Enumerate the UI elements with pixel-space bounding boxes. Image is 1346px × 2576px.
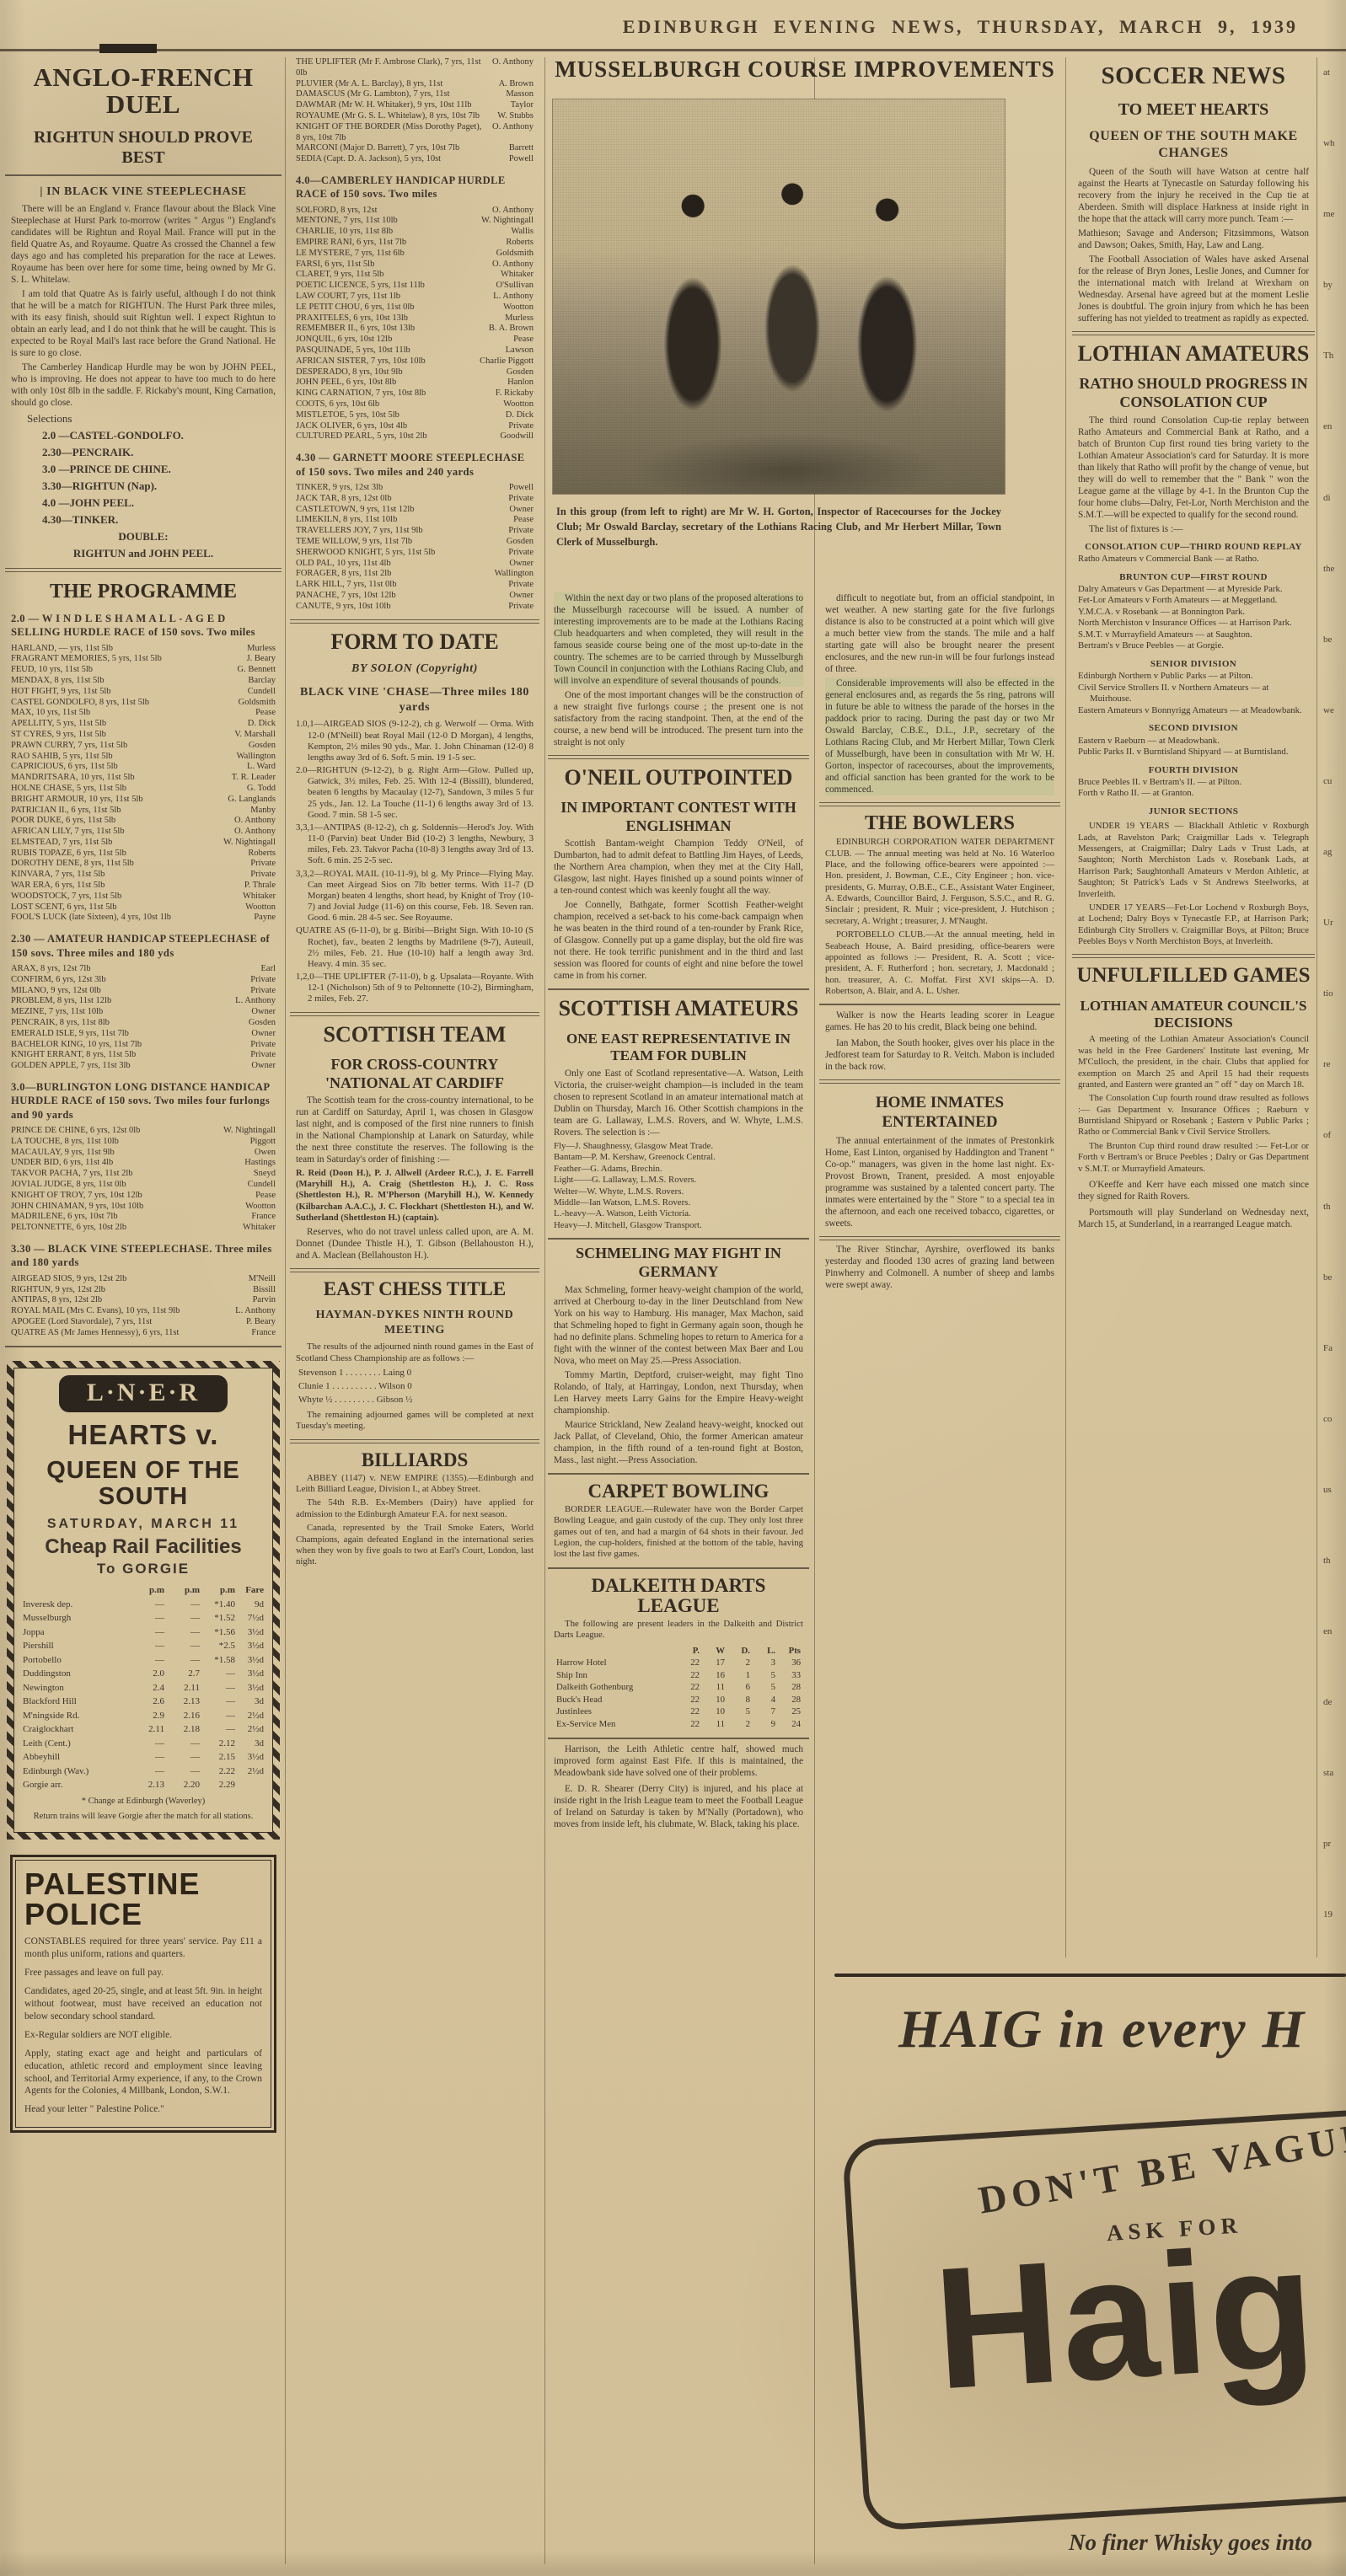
trainer-name: Masson <box>499 89 534 100</box>
race-entry: TRAVELLERS JOY, 7 yrs, 11st 9lbPrivate <box>296 526 534 537</box>
trainer-name: Piggott <box>244 1137 276 1148</box>
fixture-lines: Bruce Peebles II. v Bertram's II. — at P… <box>1072 777 1315 800</box>
race-entry: JOHN CHINAMAN, 9 yrs, 10st 10lbWootton <box>11 1202 276 1213</box>
selection-item: 4.30—TINKER. <box>42 511 282 528</box>
divider <box>290 1439 539 1443</box>
race-entry: LE MYSTERE, 7 yrs, 11st 6lbGoldsmith <box>296 249 534 260</box>
race-entries-20: HARLAND, — yrs, 11st 5lbMurlessFRAGRANT … <box>11 644 276 924</box>
xcountry-subhead: FOR CROSS-COUNTRY 'NATIONAL AT CARDIFF <box>295 1056 534 1092</box>
trainer-name: L. Anthony <box>228 996 276 1007</box>
horse-name: TINKER, 9 yrs, 12st 3lb <box>296 483 502 494</box>
race-entry: JOHN PEEL, 6 yrs, 10st 8lbHanlon <box>296 378 534 388</box>
darts-drawn: 6 <box>725 1681 750 1694</box>
fixture-line: Y.M.C.A. v Rosebank — at Bonnington Park… <box>1078 607 1309 618</box>
darts-club: Dalkeith Gothenburg <box>556 1681 674 1694</box>
time-2: — <box>164 1653 200 1668</box>
column-2: THE UPLIFTER (Mr F. Ambrose Clark), 7 yr… <box>290 57 539 2568</box>
home-inmates-paragraph: The annual entertainment of the inmates … <box>825 1135 1054 1229</box>
race-entry: KNIGHT OF THE BORDER (Miss Dorothy Paget… <box>296 122 534 144</box>
horse-name: ST CYRES, 9 yrs, 11st 5lb <box>11 730 228 741</box>
time-1: 2.0 <box>129 1667 164 1681</box>
race-entry: MENDAX, 8 yrs, 11st 5lbBarclay <box>11 676 276 687</box>
soccer-news-subhead: TO MEET HEARTS <box>1077 99 1310 120</box>
race-entry: GOLDEN APPLE, 7 yrs, 11st 3lbOwner <box>11 1061 276 1072</box>
timetable-row: Duddingston 2.0 2.7 — 3½d <box>23 1667 264 1681</box>
musselburgh-paragraph: One of the most important changes will b… <box>554 689 803 748</box>
trainer-name: Earl <box>255 964 276 975</box>
column-rule-4 <box>1065 57 1066 1957</box>
horse-name: HOLNE CHASE, 5 yrs, 11st 5lb <box>11 784 240 795</box>
darts-table-rows: Harrow Hotel 22 17 2 3 36 Ship Inn 22 16… <box>556 1657 801 1730</box>
bowlers-headline: THE BOWLERS <box>821 813 1059 834</box>
timetable-station-col <box>23 1583 129 1598</box>
time-3: *1.52 <box>200 1611 235 1625</box>
darts-played: 22 <box>674 1694 700 1706</box>
horse-name: ELMSTEAD, 7 yrs, 11st 5lb <box>11 838 217 849</box>
race-entry: APELLITY, 5 yrs, 11st 5lbD. Dick <box>11 719 276 730</box>
time-1: — <box>129 1737 164 1751</box>
timetable-row: Abbeyhill — — 2.15 3½d <box>23 1750 264 1765</box>
trainer-name: Goldsmith <box>232 698 276 709</box>
horse-name: KNIGHT OF TROY, 7 yrs, 10st 12lb <box>11 1191 249 1202</box>
darts-won: 16 <box>700 1669 725 1682</box>
scottish-amateurs-subhead: ONE EAST REPRESENTATIVE IN TEAM FOR DUBL… <box>553 1031 804 1065</box>
trainer-name: L. Anthony <box>486 292 534 303</box>
horse-name: SHERWOOD KNIGHT, 5 yrs, 11st 5lb <box>296 548 501 559</box>
race-entry: QUATRE AS (Mr James Hennessy), 6 yrs, 11… <box>11 1328 276 1339</box>
lothian-amateurs-subhead: RATHO SHOULD PROGRESS IN CONSOLATION CUP <box>1077 375 1310 411</box>
darts-table-header: P. W D. L. Pts <box>556 1645 801 1658</box>
trainer-name: Private <box>244 975 276 986</box>
fixture-lines: Ratho Amateurs v Commercial Bank — at Ra… <box>1072 554 1315 565</box>
cut-text-fragment: en <box>1323 421 1346 432</box>
station-name: M'ningside Rd. <box>23 1709 129 1723</box>
horse-name: MAX, 10 yrs, 11st 5lb <box>11 708 249 719</box>
darts-col-d: D. <box>725 1645 750 1658</box>
fixtures-intro: The list of fixtures is :— <box>1078 523 1309 535</box>
sports-note: Harrison, the Leith Athletic centre half… <box>554 1743 803 1779</box>
trainer-name: Gosden <box>500 537 534 548</box>
soccer-news-crosshead: QUEEN OF THE SOUTH MAKE CHANGES <box>1075 128 1311 163</box>
time-1: — <box>129 1750 164 1765</box>
horse-name: EMERALD ISLE, 9 yrs, 11st 7lb <box>11 1029 244 1040</box>
darts-points: 24 <box>775 1718 801 1731</box>
trainer-name: Payne <box>247 913 276 924</box>
timetable-rows: Inveresk dep. — — *1.40 9d Musselburgh — <box>23 1598 264 1792</box>
time-2: — <box>164 1625 200 1640</box>
xcountry-reserves: Reserves, who do not travel unless calle… <box>296 1226 534 1261</box>
boxing-selection-item: Heavy—J. Mitchell, Glasgow Transport. <box>554 1220 803 1231</box>
trainer-name: Gosden <box>242 741 276 752</box>
trainer-name: Murless <box>498 313 534 324</box>
horse-name: JOHN PEEL, 6 yrs, 10st 8lb <box>296 378 501 388</box>
horse-name: ARAX, 8 yrs, 12st 7lb <box>11 964 255 975</box>
chess-note: The remaining adjourned games will be co… <box>296 1410 534 1433</box>
haig-advert: HAIG in every H DON'T BE VAGUE ASK FOR H… <box>824 1968 1346 2576</box>
horse-name: LE MYSTERE, 7 yrs, 11st 6lb <box>296 249 490 260</box>
time-3: 2.12 <box>200 1737 235 1751</box>
race-entry: MEZINE, 7 yrs, 11st 10lbOwner <box>11 1007 276 1018</box>
race-entry: HOT FIGHT, 9 yrs, 11st 5lbCundell <box>11 687 276 698</box>
column-rule-1 <box>285 57 286 2564</box>
trainer-name: Private <box>244 870 276 881</box>
trainer-name: Whitaker <box>236 892 276 902</box>
trainer-name: Owner <box>502 591 534 602</box>
horse-name: BRIGHT ARMOUR, 10 yrs, 11st 5lb <box>11 795 221 806</box>
fixture-line: Ratho Amateurs v Commercial Bank — at Ra… <box>1078 554 1309 565</box>
trainer-name: T. R. Leader <box>225 773 276 784</box>
darts-table-row: Justinlees 22 10 5 7 25 <box>556 1706 801 1718</box>
darts-points: 28 <box>775 1694 801 1706</box>
horse-name: SEDIA (Capt. D. A. Jackson), 5 yrs, 10st <box>296 154 502 165</box>
race-entry: FRAGRANT MEMORIES, 5 yrs, 11st 5lbJ. Bea… <box>11 654 276 665</box>
selections-label: Selections <box>27 411 282 426</box>
race-entry: MARCONI (Major D. Barrett), 7 yrs, 10st … <box>296 143 534 154</box>
time-1: — <box>129 1653 164 1668</box>
cut-text-fragment: sta <box>1323 1768 1346 1779</box>
divider <box>290 1012 539 1016</box>
darts-col-p: P. <box>674 1645 700 1658</box>
trainer-name: Murless <box>240 644 276 655</box>
trainer-name: France <box>244 1212 276 1223</box>
time-3: — <box>200 1722 235 1737</box>
cut-text-fragment: we <box>1323 705 1346 716</box>
fixture-line: Fet-Lor Amateurs v Forth Amateurs — at M… <box>1078 595 1309 606</box>
time-2: 2.16 <box>164 1709 200 1723</box>
darts-lost: 5 <box>750 1669 775 1682</box>
palestine-paragraph: Candidates, aged 20-25, single, and at l… <box>24 1985 262 2023</box>
timetable-row: Craiglockhart 2.11 2.18 — 2½d <box>23 1722 264 1737</box>
horse-name: MEZINE, 7 yrs, 11st 10lb <box>11 1007 244 1018</box>
trainer-name: Pease <box>249 708 276 719</box>
time-1: — <box>129 1639 164 1653</box>
darts-table-row: Ex-Service Men 22 11 2 9 24 <box>556 1718 801 1731</box>
column-rule-5 <box>1317 57 1317 1957</box>
horse-name: PROBLEM, 8 yrs, 11st 12lb <box>11 996 228 1007</box>
fare: 3½d <box>235 1653 264 1668</box>
horse-name: FEUD, 10 yrs, 11st 5lb <box>11 665 231 676</box>
palestine-paragraph: Free passages and leave on full pay. <box>24 1967 262 1979</box>
horse-name: PRAWN CURRY, 7 yrs, 11st 5lb <box>11 741 242 752</box>
blackvine-continuation: THE UPLIFTER (Mr F. Ambrose Clark), 7 yr… <box>296 57 534 165</box>
horse-name: LA TOUCHE, 8 yrs, 11st 10lb <box>11 1137 244 1148</box>
boxing-selection-item: Feather—G. Adams, Brechin. <box>554 1164 803 1175</box>
home-inmates-headline: HOME INMATES ENTERTAINED <box>824 1094 1055 1133</box>
race-entry: MACAULAY, 9 yrs, 11st 9lbOwen <box>11 1148 276 1159</box>
fare: 3d <box>235 1737 264 1751</box>
horse-name: MACAULAY, 9 yrs, 11st 9lb <box>11 1148 248 1159</box>
time-1: 2.11 <box>129 1722 164 1737</box>
timetable-row: Leith (Cent.) — — 2.12 3d <box>23 1737 264 1751</box>
darts-intro: The following are present leaders in the… <box>554 1619 803 1641</box>
horse-name: MANDRITSARA, 10 yrs, 11st 5lb <box>11 773 225 784</box>
selection-item: 3.0 —PRINCE DE CHINE. <box>42 461 282 478</box>
time-2: — <box>164 1639 200 1653</box>
timetable-row: Joppa — — *1.56 3½d <box>23 1625 264 1640</box>
horse-name: PRAXITELES, 6 yrs, 10st 13lb <box>296 313 498 324</box>
time-3: 2.29 <box>200 1778 235 1792</box>
cut-text-fragment: Th <box>1323 351 1346 361</box>
trainer-name: Pease <box>507 335 534 345</box>
race-entry: LE PETIT CHOU, 6 yrs, 11st 0lbWootton <box>296 303 534 313</box>
time-3: *1.56 <box>200 1625 235 1640</box>
race-entry: REMEMBER II., 6 yrs, 10st 13lbB. A. Brow… <box>296 324 534 335</box>
scottish-amateurs-paragraph: Only one East of Scotland representative… <box>554 1068 803 1138</box>
horse-name: HOT FIGHT, 9 yrs, 11st 5lb <box>11 687 241 698</box>
fixture-line: Eastern v Raeburn — at Meadowbank. <box>1078 736 1309 747</box>
trainer-name: Lawson <box>499 345 534 356</box>
race-entry: KINVARA, 7 yrs, 11st 5lbPrivate <box>11 870 276 881</box>
chess-result-row: Stevenson 1 . . . . . . . . Laing 0 <box>298 1367 531 1380</box>
soccer-news-headline: SOCCER NEWS <box>1074 64 1313 89</box>
horse-name: RUBIS TOPAZE, 6 yrs, 11st 5lb <box>11 849 241 860</box>
cut-text-fragment: th <box>1323 1556 1346 1566</box>
time-3: — <box>200 1681 235 1695</box>
horse-name: WAR ERA, 6 yrs, 11st 5lb <box>11 881 238 892</box>
race-entry: FEUD, 10 yrs, 11st 5lbG. Bennett <box>11 665 276 676</box>
horse-name: FOOL'S LUCK (late Sixteen), 4 yrs, 10st … <box>11 913 247 924</box>
form-item: 2.0—RIGHTUN (9-12-2), b g. Right Arm—Glo… <box>296 765 534 821</box>
musselburgh-paragraph: Within the next day or two plans of the … <box>554 592 803 687</box>
fare: 3½d <box>235 1639 264 1653</box>
race-entry: DESPERADO, 8 yrs, 10st 9lbGosden <box>296 367 534 378</box>
column-6-cut-strip: atwhmebyThendithebewecuagUrtioreofthbeFa… <box>1323 67 1346 1921</box>
race-entry: MANDRITSARA, 10 yrs, 11st 5lbT. R. Leade… <box>11 773 276 784</box>
trainer-name: Wootton <box>239 902 276 913</box>
race-header-330: 3.30 — BLACK VINE STEEPLECHASE. Three mi… <box>11 1242 276 1270</box>
fixture-lines: Dalry Amateurs v Gas Department — at Myr… <box>1072 584 1315 652</box>
race-entry: CAPRICIOUS, 6 yrs, 11st 5lbL. Ward <box>11 762 276 773</box>
time-1: 2.6 <box>129 1695 164 1709</box>
lner-logo: L·N·E·R <box>59 1375 228 1412</box>
race-entry: PRINCE DE CHINE, 6 yrs, 12st 0lbW. Night… <box>11 1126 276 1137</box>
race-entry: POETIC LICENCE, 5 yrs, 11st 11lbO'Sulliv… <box>296 281 534 292</box>
fare: 3½d <box>235 1625 264 1640</box>
soccer-note: Portsmouth will play Sunderland on Wedne… <box>1078 1207 1309 1230</box>
divider <box>819 1004 1060 1005</box>
race-entry: UNDER BID, 6 yrs, 11st 4lbHastings <box>11 1158 276 1169</box>
race-header-40: 4.0—CAMBERLEY HANDICAP HURDLE RACE of 15… <box>296 174 534 201</box>
boxing-selection-item: Bantam—P. M. Kershaw, Greenock Central. <box>554 1152 803 1163</box>
form-item: 3,3,1—ANTIPAS (8-12-2), ch g. Soldennis—… <box>296 822 534 867</box>
horse-name: CANUTE, 9 yrs, 10st 10lb <box>296 602 501 613</box>
haig-strapline: HAIG in every H <box>898 2002 1306 2056</box>
horse-name: RIGHTUN, 9 yrs, 12st 2lb <box>11 1285 246 1296</box>
horse-name: LARK HILL, 7 yrs, 11st 0lb <box>296 580 501 591</box>
race-entry: PELTONNETTE, 6 yrs, 10st 2lbWhitaker <box>11 1223 276 1234</box>
timetable-col-pm1: p.m <box>129 1583 164 1598</box>
race-entry: CANUTE, 9 yrs, 10st 10lbPrivate <box>296 602 534 613</box>
race-header-30: 3.0—BURLINGTON LONG DISTANCE HANDICAP HU… <box>11 1080 276 1122</box>
fixture-line: Civil Service Strollers II. v Northern A… <box>1078 683 1309 705</box>
race-entry: COOTS, 6 yrs, 10st 6lbWootton <box>296 399 534 410</box>
trainer-name: Manby <box>244 806 276 817</box>
xcountry-headline: SCOTTISH TEAM <box>292 1023 538 1046</box>
trainer-name: Private <box>501 580 534 591</box>
horse-name: MENTONE, 7 yrs, 11st 10lb <box>296 216 475 227</box>
anglo-paragraph: There will be an England v. France flavo… <box>11 203 276 286</box>
station-name: Newington <box>23 1681 129 1695</box>
bowlers-paragraph: PORTOBELLO CLUB.—At the annual meeting, … <box>825 929 1054 997</box>
column-3: Within the next day or two plans of the … <box>548 590 809 2565</box>
horse-name: SOLFORD, 8 yrs, 12st <box>296 206 485 217</box>
darts-club: Ship Inn <box>556 1669 674 1682</box>
cut-text-fragment: th <box>1323 1202 1346 1213</box>
horse-name: CLARET, 9 yrs, 11st 5lb <box>296 270 494 281</box>
race-entry: FORAGER, 8 yrs, 11st 2lbWallington <box>296 569 534 580</box>
time-1: 2.4 <box>129 1681 164 1695</box>
horse-name: TEME WILLOW, 9 yrs, 11st 7lb <box>296 537 500 548</box>
station-name: Piershill <box>23 1639 129 1653</box>
race-entry: DAMASCUS (Mr G. Lambton), 7 yrs, 11stMas… <box>296 89 534 100</box>
horse-name: DESPERADO, 8 yrs, 10st 9lb <box>296 367 500 378</box>
haig-brand-wordmark: Haig <box>930 2220 1321 2415</box>
trainer-name: Pease <box>249 1191 276 1202</box>
time-2: — <box>164 1765 200 1779</box>
trainer-name: Powell <box>502 483 534 494</box>
haig-slogan-line1: DON'T BE VAGUE <box>976 2116 1346 2220</box>
trainer-name: A. Brown <box>492 79 534 90</box>
trainer-name: O. Anthony <box>485 206 534 217</box>
time-3: 2.15 <box>200 1750 235 1765</box>
trainer-name: O. Anthony <box>228 827 276 838</box>
horse-name: THE UPLIFTER (Mr F. Ambrose Clark), 7 yr… <box>296 57 485 79</box>
race-entry: AFRICAN LILY, 7 yrs, 11st 5lbO. Anthony <box>11 827 276 838</box>
horse-name: LIMEKILN, 8 yrs, 11st 10lb <box>296 515 507 526</box>
trainer-name: G. Bennett <box>231 665 276 676</box>
darts-played: 22 <box>674 1657 700 1669</box>
horse-name: TAKVOR PACHA, 7 yrs, 11st 2lb <box>11 1169 247 1180</box>
horse-name: KINVARA, 7 yrs, 11st 5lb <box>11 870 244 881</box>
trainer-name: G. Todd <box>240 784 276 795</box>
trainer-name: Private <box>501 548 534 559</box>
trainer-name: Owen <box>248 1148 276 1159</box>
boxing-selection-item: Light——G. Lallaway, L.M.S. Rovers. <box>554 1175 803 1186</box>
horse-name: JONQUIL, 6 yrs, 10st 12lb <box>296 335 507 345</box>
trainer-name: Wallington <box>488 569 534 580</box>
chess-result-row: Whyte ½ . . . . . . . . . Gibson ½ <box>298 1394 531 1407</box>
trainer-name: O'Sullivan <box>490 281 534 292</box>
horse-name: EMPIRE RANI, 6 yrs, 11st 7lb <box>296 238 499 249</box>
race-entry: ROYAL MAIL (Mrs C. Evans), 10 yrs, 11st … <box>11 1306 276 1317</box>
lner-destination: To GORGIE <box>23 1560 264 1578</box>
race-entry: AIRGEAD SIOS, 9 yrs, 12st 2lbM'Neill <box>11 1274 276 1285</box>
race-entry: JOVIAL JUDGE, 8 yrs, 11st 0lbCundell <box>11 1180 276 1191</box>
divider <box>1072 331 1315 335</box>
race-entry: RUBIS TOPAZE, 6 yrs, 11st 5lbRoberts <box>11 849 276 860</box>
boxing-selection-item: Fly—J. Shaughnessy, Glasgow Meat Trade. <box>554 1141 803 1152</box>
race-entry: PLUVIER (Mr A. L. Barclay), 8 yrs, 11stA… <box>296 79 534 90</box>
race-entry: MAX, 10 yrs, 11st 5lbPease <box>11 708 276 719</box>
trainer-name: Private <box>244 1050 276 1061</box>
schmeling-headline: SCHMELING MAY FIGHT IN GERMANY <box>553 1245 804 1281</box>
horse-name: DOROTHY DENE, 8 yrs, 11st 5lb <box>11 859 244 870</box>
fixture-paragraph: UNDER 19 YEARS — Blackhall Athletic v Ro… <box>1078 821 1309 900</box>
musselburgh-paragraph: Considerable improvements will also be e… <box>825 677 1054 795</box>
trainer-name: W. Nightingall <box>217 838 276 849</box>
cut-text-fragment: wh <box>1323 138 1346 149</box>
station-name: Duddingston <box>23 1667 129 1681</box>
trainer-name: J. Beary <box>240 654 276 665</box>
cut-text-fragment: me <box>1323 209 1346 220</box>
darts-club-col <box>556 1645 674 1658</box>
darts-club: Harrow Hotel <box>556 1657 674 1669</box>
horse-name: LE PETIT CHOU, 6 yrs, 11st 0lb <box>296 303 496 313</box>
darts-points: 36 <box>775 1657 801 1669</box>
trainer-name: Charlie Piggott <box>473 356 534 367</box>
darts-drawn: 2 <box>725 1718 750 1731</box>
horse-name: LOST SCENT, 6 yrs, 11st 5lb <box>11 902 239 913</box>
cut-text-fragment: be <box>1323 635 1346 645</box>
fixture-line: Bertram's v Bruce Peebles — at Gorgie. <box>1078 640 1309 651</box>
race-entry: KNIGHT ERRANT, 8 yrs, 11st 5lbPrivate <box>11 1050 276 1061</box>
anglo-headline: ANGLO-FRENCH DUEL <box>7 64 280 117</box>
unfulfilled-headline: UNFULFILLED GAMES <box>1074 965 1313 987</box>
time-3: *1.40 <box>200 1598 235 1612</box>
race-entry: SEDIA (Capt. D. A. Jackson), 5 yrs, 10st… <box>296 154 534 165</box>
race-entry: ARAX, 8 yrs, 12st 7lbEarl <box>11 964 276 975</box>
cut-text-fragment: de <box>1323 1697 1346 1708</box>
race-entry: TINKER, 9 yrs, 12st 3lbPowell <box>296 483 534 494</box>
race-entry: CASTLETOWN, 9 yrs, 11st 12lbOwner <box>296 505 534 516</box>
fare: 7½d <box>235 1611 264 1625</box>
darts-lost: 9 <box>750 1718 775 1731</box>
horse-name: MADRILENE, 6 yrs, 10st 7lb <box>11 1212 244 1223</box>
cut-text-fragment: Fa <box>1323 1343 1346 1354</box>
race-entry: LIMEKILN, 8 yrs, 11st 10lbPease <box>296 515 534 526</box>
horse-name: JACK TAR, 8 yrs, 12st 0lb <box>296 494 501 505</box>
trainer-name: Pease <box>507 515 534 526</box>
race-entry: BACHELOR KING, 10 yrs, 11st 7lbPrivate <box>11 1040 276 1051</box>
trainer-name: Gosden <box>242 1018 276 1029</box>
timetable-row: Piershill — — *2.5 3½d <box>23 1639 264 1653</box>
anglo-paragraph: I am told that Quatre As is fairly usefu… <box>11 288 276 359</box>
lner-advert-inner: L·N·E·R HEARTS v. QUEEN OF THE SOUTH SAT… <box>13 1368 273 1834</box>
fixture-line: Public Parks II. v Burntisland Shipyard … <box>1078 747 1309 758</box>
trainer-name: Barclay <box>241 676 276 687</box>
fare: 3½d <box>235 1667 264 1681</box>
race-entry: EMERALD ISLE, 9 yrs, 11st 7lbOwner <box>11 1029 276 1040</box>
unfulfilled-paragraph: The Consolation Cup fourth round draw re… <box>1078 1093 1309 1138</box>
horse-name: POOR DUKE, 6 yrs, 11st 5lb <box>11 816 228 827</box>
darts-table: P. W D. L. Pts Harrow Hotel 22 17 2 3 36 <box>556 1645 801 1731</box>
station-name: Leith (Cent.) <box>23 1737 129 1751</box>
fare: 2½d <box>235 1709 264 1723</box>
race-entry: ST CYRES, 9 yrs, 11st 5lbV. Marshall <box>11 730 276 741</box>
timetable-row: Blackford Hill 2.6 2.13 — 3d <box>23 1695 264 1709</box>
chess-headline: EAST CHESS TITLE <box>292 1279 538 1299</box>
divider <box>548 988 809 990</box>
race-entry: LARK HILL, 7 yrs, 11st 0lbPrivate <box>296 580 534 591</box>
cut-text-fragment: at <box>1323 67 1346 78</box>
cut-text-fragment: Ur <box>1323 918 1346 929</box>
trainer-name: Goldsmith <box>490 249 534 260</box>
race-entries-30: PRINCE DE CHINE, 6 yrs, 12st 0lbW. Night… <box>11 1126 276 1234</box>
trainer-name: Powell <box>502 154 534 165</box>
fixture-lines: Eastern v Raeburn — at Meadowbank.Public… <box>1072 736 1315 758</box>
horse-name: CASTEL GONDOLFO, 8 yrs, 11st 5lb <box>11 698 232 709</box>
haig-tagline: No finer Whisky goes into <box>1069 2531 1312 2554</box>
timetable-row: Newington 2.4 2.11 — 3½d <box>23 1681 264 1695</box>
time-1: — <box>129 1765 164 1779</box>
race-entry: DOROTHY DENE, 8 yrs, 11st 5lbPrivate <box>11 859 276 870</box>
horse-name: HARLAND, — yrs, 11st 5lb <box>11 644 240 655</box>
time-2: — <box>164 1598 200 1612</box>
cut-text-fragment: of <box>1323 1130 1346 1141</box>
trainer-name: V. Marshall <box>228 730 276 741</box>
billiards-paragraph: Canada, represented by the Trail Smoke E… <box>296 1523 534 1568</box>
race-entry: CLARET, 9 yrs, 11st 5lbWhitaker <box>296 270 534 281</box>
